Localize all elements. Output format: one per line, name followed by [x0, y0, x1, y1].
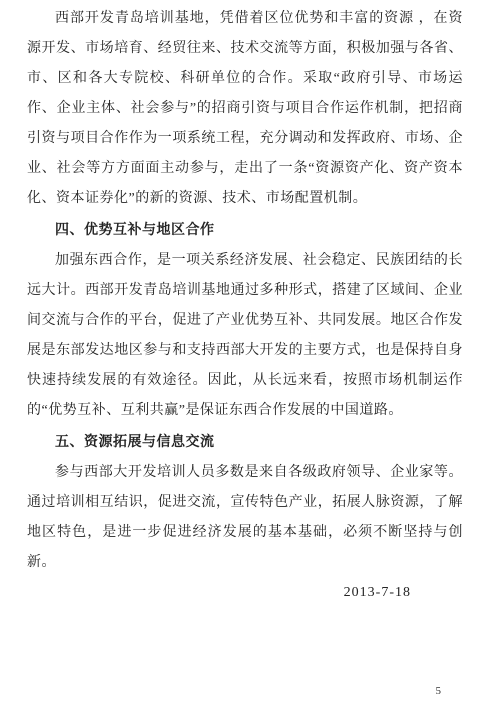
paragraph-resource-expansion: 参与西部大开发培训人员多数是来自各级政府领导、企业家等。通过培训相互结识，促进交… [27, 458, 463, 578]
section-heading-4: 四、优势互补与地区合作 [27, 216, 463, 246]
document-page: 西部开发青岛培训基地，凭借着区位优势和丰富的资源 ，在资源开发、市场培育、经贸往… [0, 0, 489, 710]
paragraph-east-west-cooperation: 加强东西合作，是一项关系经济发展、社会稳定、民族团结的长远大计。西部开发青岛培训… [27, 246, 463, 426]
section-heading-5: 五、资源拓展与信息交流 [27, 428, 463, 458]
document-body: 西部开发青岛培训基地，凭借着区位优势和丰富的资源 ，在资源开发、市场培育、经贸往… [27, 4, 463, 608]
date-line: 2013-7-18 [27, 578, 463, 608]
paragraph-intro-cooperation: 西部开发青岛培训基地，凭借着区位优势和丰富的资源 ，在资源开发、市场培育、经贸往… [27, 4, 463, 214]
page-number: 5 [436, 684, 442, 698]
